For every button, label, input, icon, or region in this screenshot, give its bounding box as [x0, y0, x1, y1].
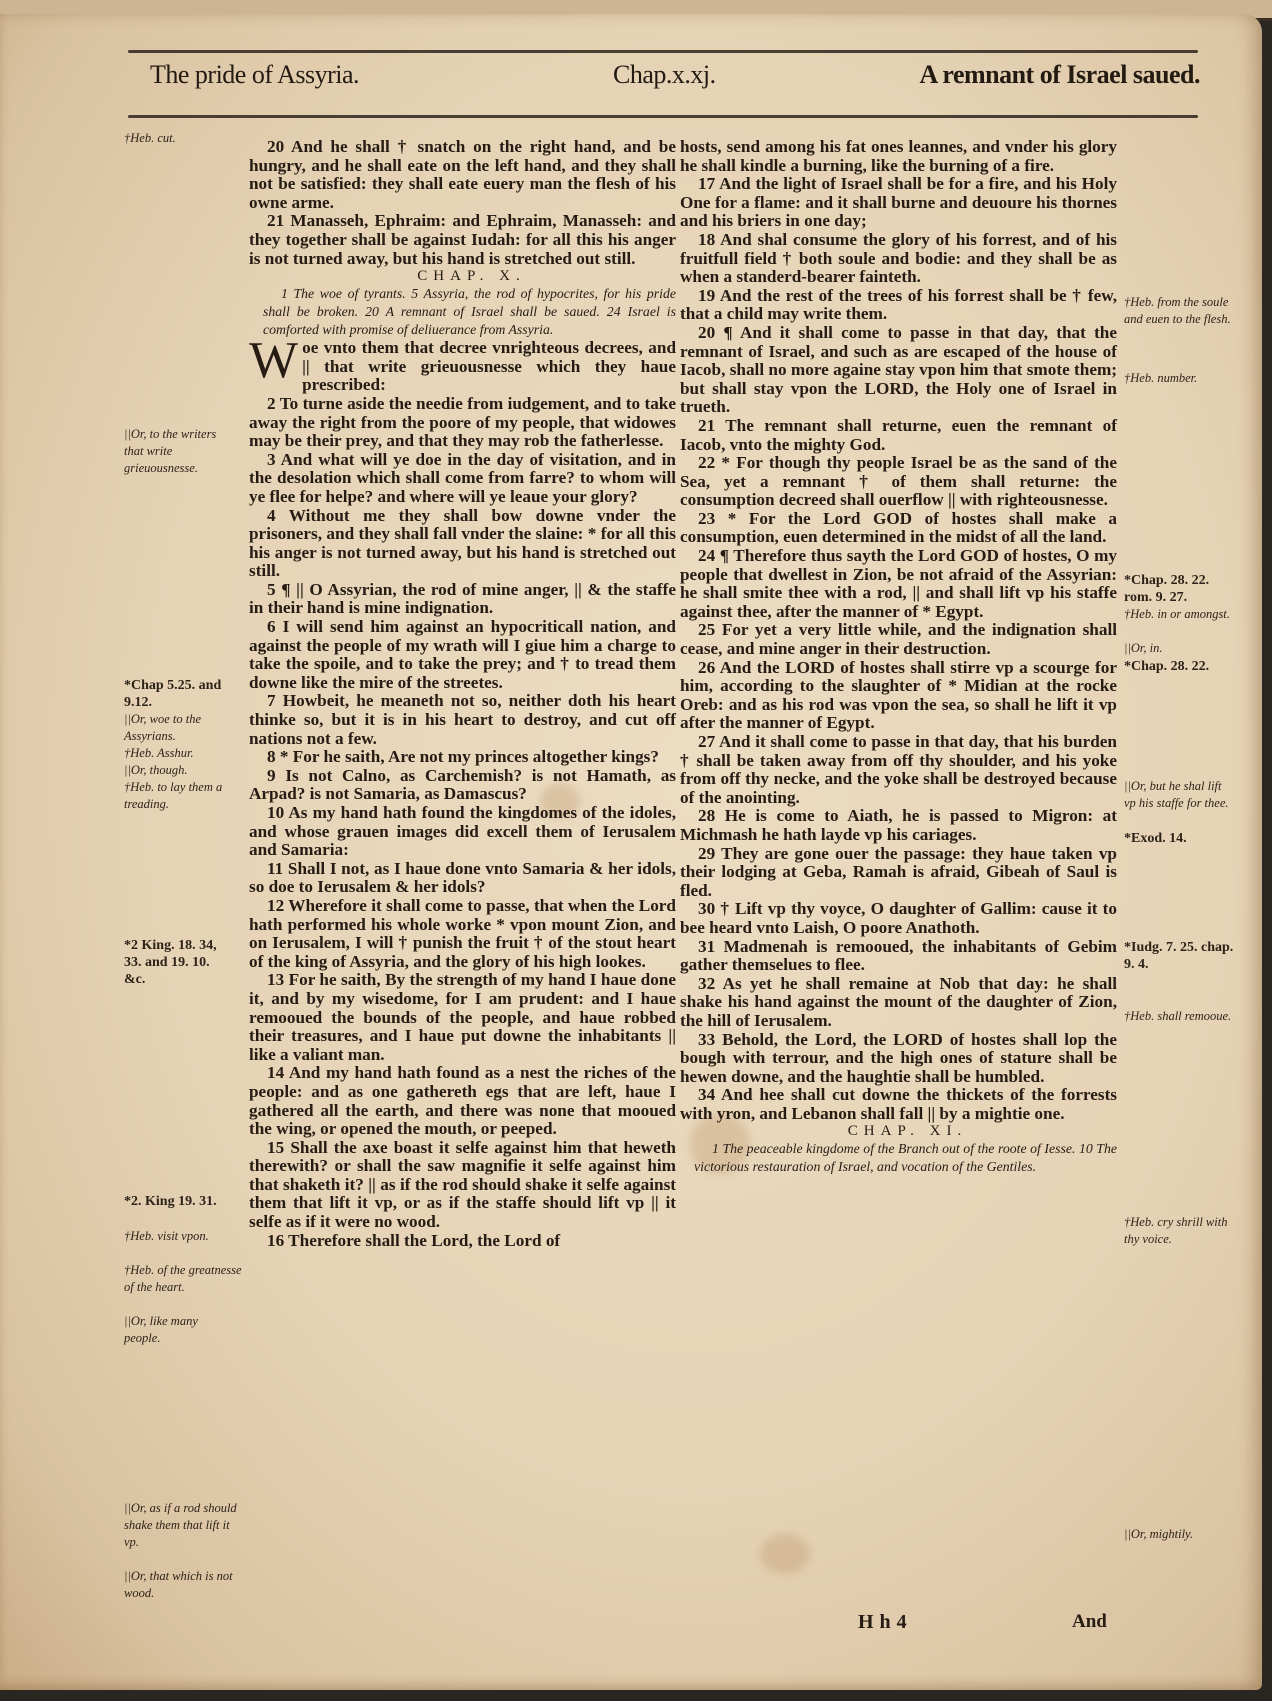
verse: 24 ¶ Therefore thus sayth the Lord GOD o…	[680, 547, 1117, 621]
margin-note: *Chap. 28. 22.	[1124, 658, 1236, 675]
margin-note: ||Or, to the writers that write grieuous…	[124, 426, 234, 477]
margin-note: ||Or, like many people.	[124, 1313, 234, 1347]
header-bottom-rule	[128, 115, 1198, 118]
margin-note: †Heb. from the soule and euen to the fle…	[1124, 294, 1234, 328]
margin-note: ||Or, woe to the Assyrians.	[124, 711, 234, 745]
margin-note: *Exod. 14.	[1124, 830, 1234, 847]
header-chapter: Chap.x.xj.	[613, 60, 716, 90]
verse: 28 He is come to Aiath, he is passed to …	[680, 807, 1117, 844]
verse: 20 And he shall † snatch on the right ha…	[249, 138, 676, 212]
margin-note: *2. King 19. 31.	[124, 1193, 234, 1210]
margin-note: †Heb. to lay them a treading.	[124, 779, 234, 813]
margin-note: †Heb. Asshur.	[124, 745, 234, 762]
margin-note: ||Or, but he shal lift vp his staffe for…	[1124, 778, 1236, 812]
verse: 8 * For he saith, Are not my princes alt…	[249, 748, 676, 767]
verse: 15 Shall the axe boast it selfe against …	[249, 1139, 676, 1232]
verse: 26 And the LORD of hostes shall stirre v…	[680, 659, 1117, 733]
margin-note: ||Or, in.	[1124, 640, 1234, 657]
verse: 10 As my hand hath found the kingdomes o…	[249, 804, 676, 860]
verse: 2 To turne aside the needie from iudgeme…	[249, 395, 676, 451]
margin-note: †Heb. cut.	[124, 130, 234, 147]
margin-note: *Chap 5.25. and 9.12.	[124, 677, 234, 711]
verse: 12 Wherefore it shall come to passe, tha…	[249, 897, 676, 971]
verse: 9 Is not Calno, as Carchemish? is not Ha…	[249, 767, 676, 804]
verse: 5 ¶ || O Assyrian, the rod of mine anger…	[249, 581, 676, 618]
verse: 33 Behold, the Lord, the LORD of hostes …	[680, 1031, 1117, 1087]
verse-1: W oe vnto them that decree vnrighteous d…	[249, 339, 676, 395]
verse: 6 I will send him against an hypocritica…	[249, 618, 676, 692]
verse: 29 They are gone ouer the passage: they …	[680, 845, 1117, 901]
verse: 25 For yet a very little while, and the …	[680, 621, 1117, 658]
margin-note: †Heb. of the greatnesse of the heart.	[124, 1262, 244, 1296]
verse: 3 And what will ye doe in the day of vis…	[249, 451, 676, 507]
verse: 23 * For the Lord GOD of hostes shall ma…	[680, 510, 1117, 547]
verse: 31 Madmenah is remooued, the inhabitants…	[680, 938, 1117, 975]
margin-note: ||Or, as if a rod should shake them that…	[124, 1500, 240, 1551]
chapter-heading: CHAP. XI.	[680, 1123, 1117, 1140]
margin-note: *Chap. 28. 22. rom. 9. 27.	[1124, 572, 1236, 606]
drop-cap: W	[249, 341, 298, 381]
margin-note: †Heb. visit vpon.	[124, 1228, 234, 1245]
verse: 16 Therefore shall the Lord, the Lord of	[249, 1232, 676, 1251]
header-top-rule	[128, 50, 1198, 53]
margin-note: †Heb. shall remooue.	[1124, 1008, 1234, 1025]
signature-mark: Hh4	[858, 1611, 913, 1634]
verse: 7 Howbeit, he meaneth not so, neither do…	[249, 692, 676, 748]
verse: 11 Shall I not, as I haue done vnto Sama…	[249, 860, 676, 897]
verse: 20 ¶ And it shall come to passe in that …	[680, 324, 1117, 417]
verse: 30 † Lift vp thy voyce, O daughter of Ga…	[680, 900, 1117, 937]
verse-text: oe vnto them that decree vnrighteous dec…	[302, 338, 676, 394]
margin-note: *2 King. 18. 34, 33. and 19. 10. &c.	[124, 937, 234, 988]
margin-note: *Iudg. 7. 25. chap. 9. 4.	[1124, 939, 1234, 973]
header-left-title: The pride of Assyria.	[150, 60, 359, 90]
margin-note: ||Or, mightily.	[1124, 1526, 1236, 1543]
chapter-argument: 1 The peaceable kingdome of the Branch o…	[680, 1140, 1117, 1176]
verse: 27 And it shall come to passe in that da…	[680, 733, 1117, 807]
header-right-title: A remnant of Israel saued.	[920, 60, 1200, 90]
verse: 32 As yet he shall remaine at Nob that d…	[680, 975, 1117, 1031]
margin-note: ||Or, that which is not wood.	[124, 1568, 240, 1602]
verse: 22 * For though thy people Israel be as …	[680, 454, 1117, 510]
chapter-heading: CHAP. X.	[249, 268, 676, 285]
margin-note: ||Or, though.	[124, 762, 234, 779]
margin-note: †Heb. cry shrill with thy voice.	[1124, 1214, 1236, 1248]
margin-note: †Heb. in or amongst.	[1124, 606, 1234, 623]
catchword: And	[1072, 1611, 1107, 1633]
verse-continuation: hosts, send among his fat ones leannes, …	[680, 138, 1117, 175]
verse: 13 For he saith, By the strength of my h…	[249, 971, 676, 1064]
running-header: The pride of Assyria. Chap.x.xj. A remna…	[150, 60, 1200, 100]
verse: 4 Without me they shall bow downe vnder …	[249, 507, 676, 581]
paper-stain	[760, 1534, 810, 1574]
chapter-argument: 1 The woe of tyrants. 5 Assyria, the rod…	[249, 285, 676, 339]
verse: 21 Manasseh, Ephraim: and Ephraim, Manas…	[249, 212, 676, 268]
verse: 14 And my hand hath found as a nest the …	[249, 1064, 676, 1138]
verse: 18 And shal consume the glory of his for…	[680, 231, 1117, 287]
right-text-column: hosts, send among his fat ones leannes, …	[680, 138, 1117, 1176]
left-text-column: 20 And he shall † snatch on the right ha…	[249, 138, 676, 1250]
verse: 21 The remnant shall returne, euen the r…	[680, 417, 1117, 454]
margin-note: †Heb. number.	[1124, 370, 1234, 387]
verse: 19 And the rest of the trees of his forr…	[680, 287, 1117, 324]
verse: 17 And the light of Israel shall be for …	[680, 175, 1117, 231]
verse: 34 And hee shall cut downe the thickets …	[680, 1086, 1117, 1123]
